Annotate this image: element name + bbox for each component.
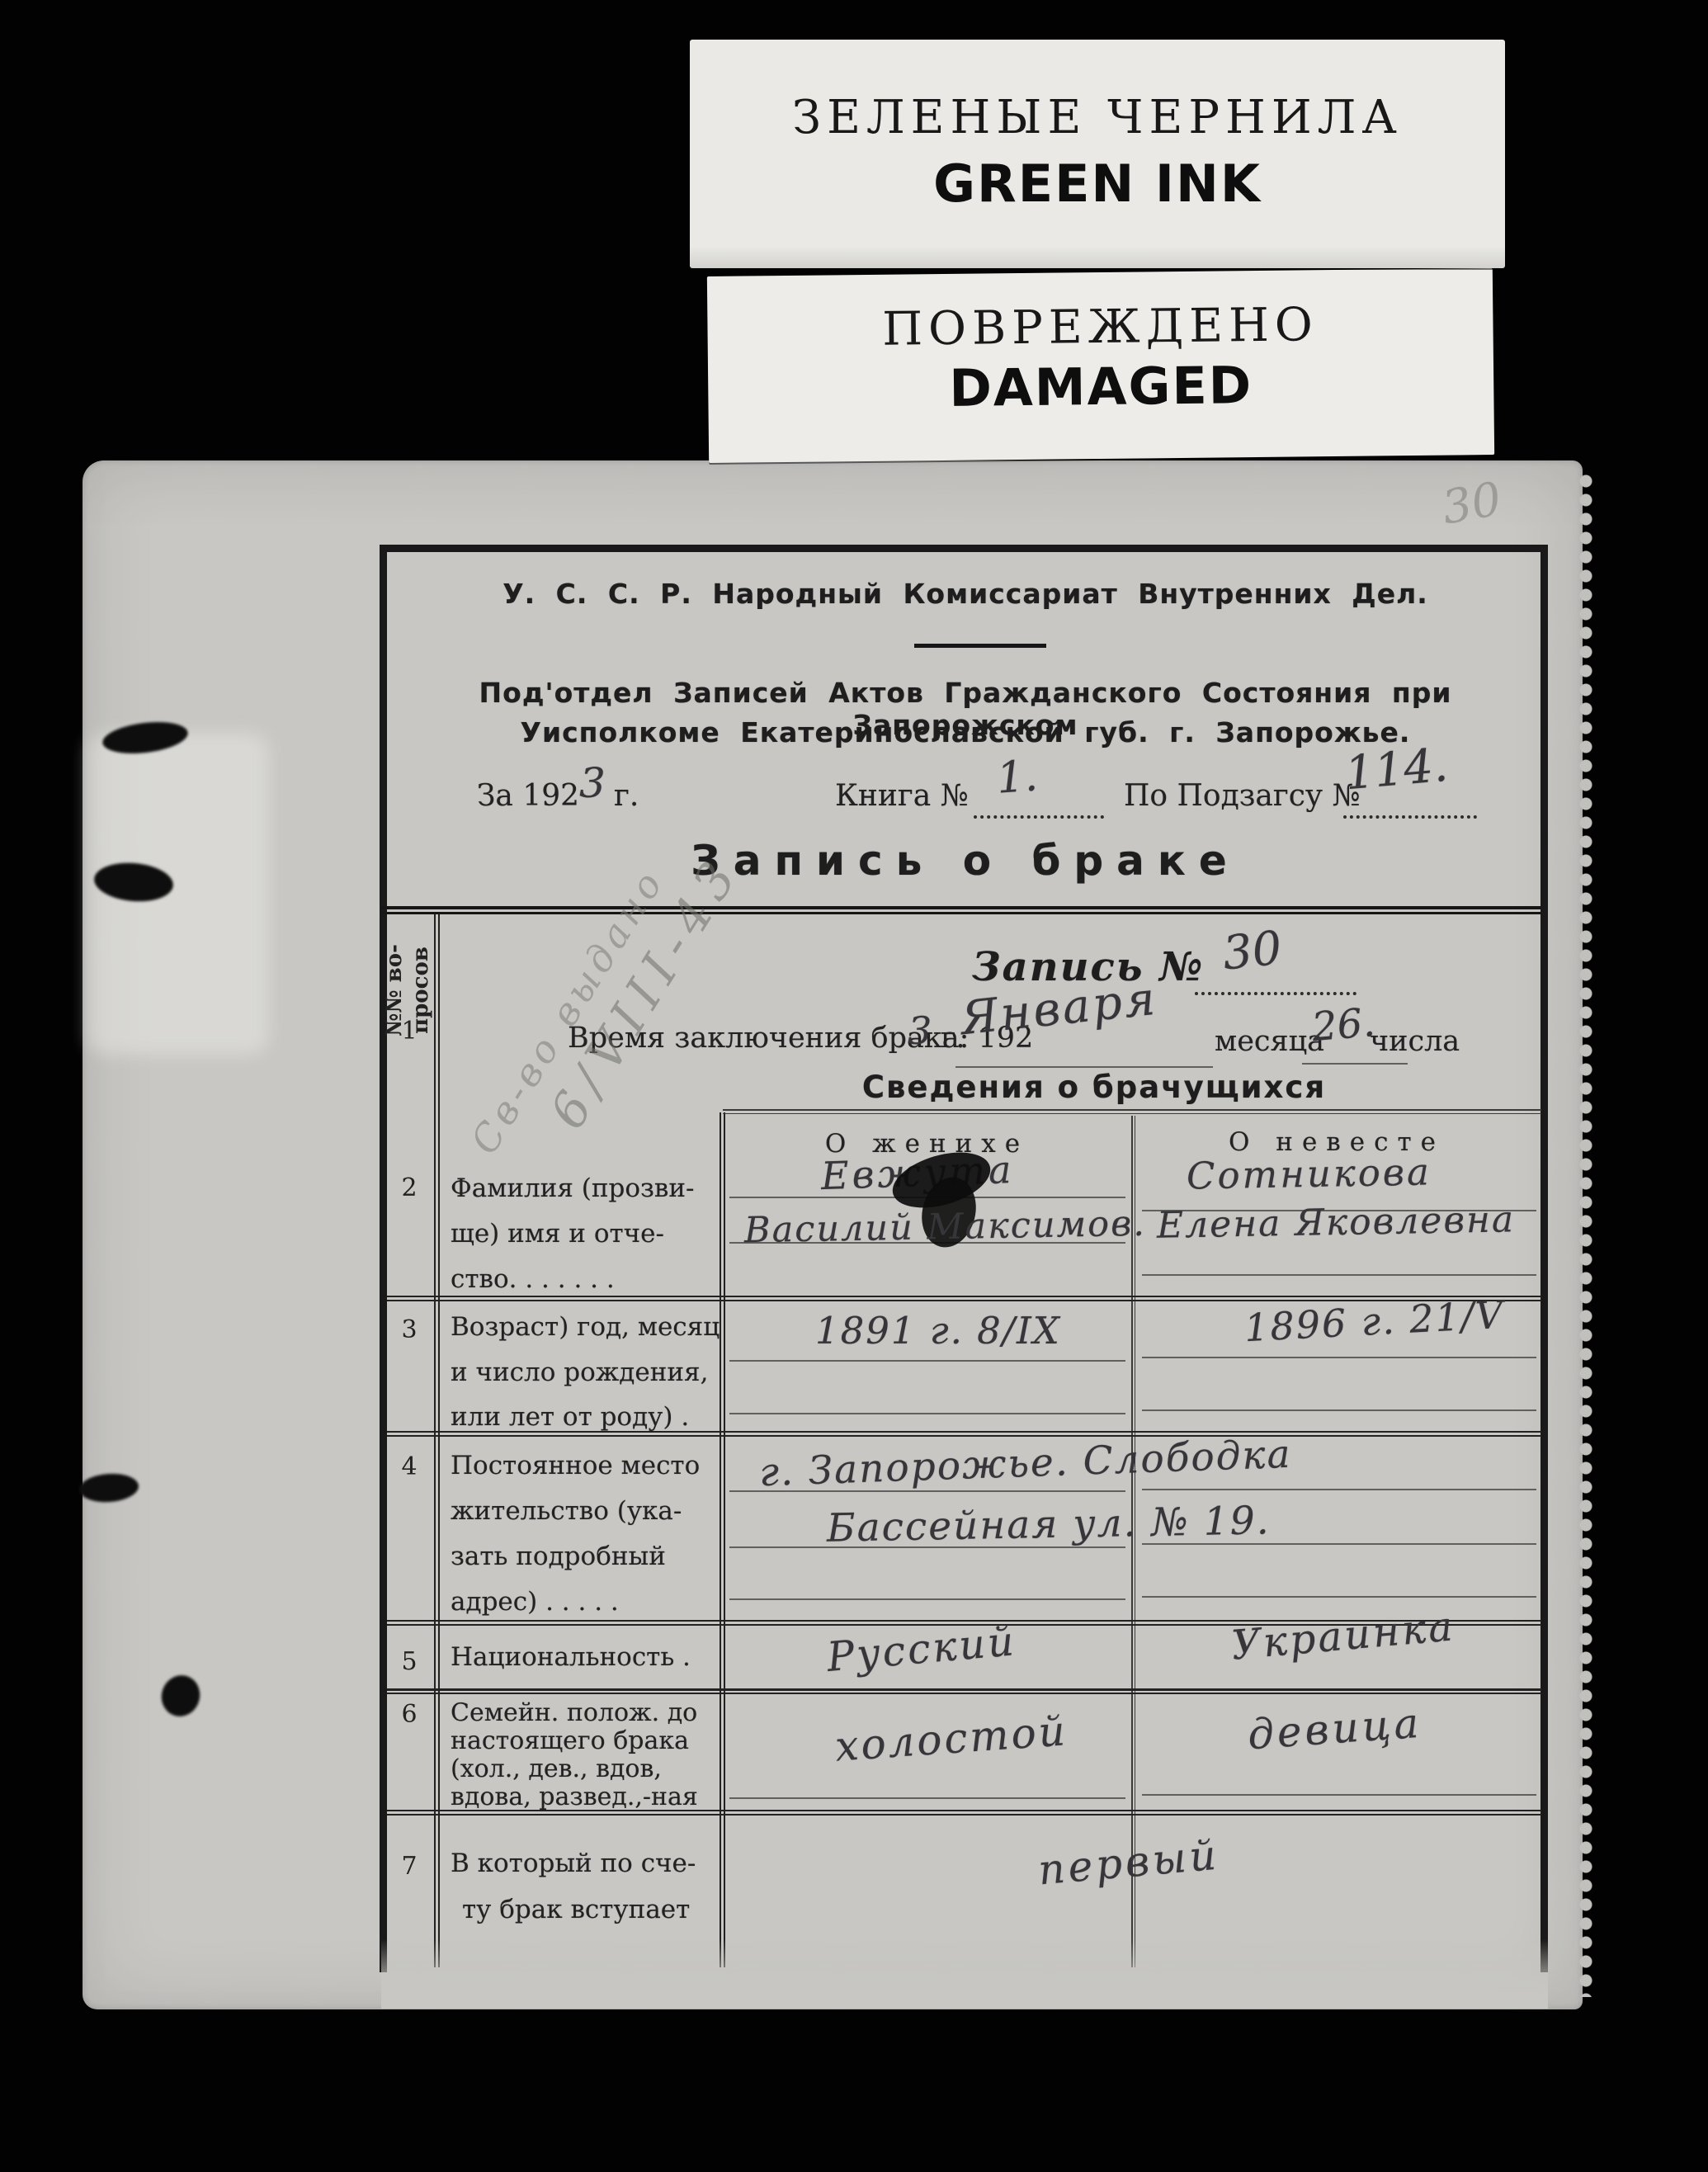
register-label: По Подзагсу № xyxy=(1124,779,1361,813)
question-number: 1 xyxy=(388,1017,431,1046)
groom-birth-date: 1891 г. 8/IX xyxy=(815,1309,1061,1353)
record-no-value: 30 xyxy=(1220,921,1285,980)
q1-month-label: месяца xyxy=(1215,1025,1324,1058)
scanned-document: 30 У. С. С. Р. Народный Комиссариат Внут… xyxy=(0,0,1708,2172)
bride-surname: Сотникова xyxy=(1187,1150,1432,1197)
question-number: 3 xyxy=(388,1315,431,1344)
document-title: Запись о браке xyxy=(389,837,1541,885)
writing-line xyxy=(1142,1357,1536,1358)
writing-line xyxy=(729,1598,1125,1600)
writing-line xyxy=(1142,1274,1536,1276)
q3-label-line: Возраст) год, месяц xyxy=(451,1312,720,1342)
q4-label-line: Постоянное место xyxy=(451,1451,700,1480)
q1-month-line xyxy=(955,1066,1213,1068)
writing-line xyxy=(1142,1794,1536,1796)
book-dotted-line xyxy=(974,812,1104,819)
header-rule xyxy=(914,644,1046,648)
green-ink-label-ru: ЗЕЛЕНЫЕ ЧЕРНИЛА xyxy=(690,91,1505,144)
register-value: 114. xyxy=(1342,739,1450,801)
q1-year-written: 3 xyxy=(908,1008,932,1053)
green-ink-label-en: GREEN INK xyxy=(690,153,1505,214)
label-column-line xyxy=(720,1112,725,1967)
question-number: 4 xyxy=(388,1452,431,1481)
dept-header-line2: Уисполкоме Екатеринославской губ. г. Зап… xyxy=(389,716,1541,748)
section-divider xyxy=(381,906,1541,914)
question-number: 6 xyxy=(388,1700,431,1729)
book-label: Книга № xyxy=(835,779,969,813)
q3-label-line: и число рождения, xyxy=(451,1357,708,1387)
q1-day-written: 26. xyxy=(1310,999,1377,1051)
q4-label-line: зать подробный xyxy=(451,1542,666,1571)
q4-label-line: жительство (ука- xyxy=(451,1496,682,1526)
slip-fold-shadow xyxy=(690,246,1505,268)
bottom-fade xyxy=(381,1939,1548,2009)
damaged-slip: ПОВРЕЖДЕНО DAMAGED xyxy=(707,268,1494,463)
green-ink-slip: ЗЕЛЕНЫЕ ЧЕРНИЛА GREEN INK xyxy=(690,40,1505,268)
section-title: Сведения о брачущихся xyxy=(723,1069,1465,1105)
row-divider xyxy=(387,1431,1541,1437)
q5-label-line: Национальность . xyxy=(451,1642,691,1672)
q2-label-line: ство. . . . . . . xyxy=(451,1264,615,1294)
q6-label-line: настоящего брака xyxy=(451,1726,689,1755)
writing-line xyxy=(1142,1409,1536,1411)
q3-label-line: или лет от роду) . xyxy=(451,1402,689,1432)
org-header: У. С. С. Р. Народный Комиссариат Внутрен… xyxy=(389,578,1541,610)
writing-line xyxy=(729,1797,1125,1799)
damaged-label-en: DAMAGED xyxy=(708,352,1494,421)
question-number: 5 xyxy=(388,1647,431,1676)
q7-label-line: ту брак вступает xyxy=(462,1895,690,1924)
groom-given-names: Василий Максимов. xyxy=(744,1203,1147,1251)
bride-given-names: Елена Яковлевна xyxy=(1157,1198,1516,1247)
values-top-line xyxy=(723,1109,1541,1114)
register-dotted-line xyxy=(1343,812,1477,819)
residence-line2: Бассейная ул. № 19. xyxy=(827,1498,1271,1551)
writing-line xyxy=(729,1360,1125,1362)
row-divider xyxy=(387,1688,1541,1694)
writing-line xyxy=(1142,1489,1536,1490)
q6-label-line: (хол., дев., вдов, xyxy=(451,1754,662,1783)
q6-label-line: Семейн. полож. до xyxy=(451,1698,697,1727)
year-suffix: г. xyxy=(614,779,639,813)
q1-day-line xyxy=(1302,1063,1408,1065)
pencil-page-number: 30 xyxy=(1438,472,1505,535)
writing-line xyxy=(1142,1596,1536,1598)
q7-label-line: В который по сче- xyxy=(451,1849,696,1878)
perforated-edge xyxy=(1574,472,1602,1997)
q1-day-label: числа xyxy=(1370,1025,1460,1058)
year-written: 3 xyxy=(579,759,606,807)
question-number: 7 xyxy=(388,1852,431,1881)
year-prefix: За 192 xyxy=(477,779,579,813)
q4-label-line: адрес) . . . . . xyxy=(451,1587,619,1617)
writing-line xyxy=(729,1413,1125,1414)
book-value: 1. xyxy=(995,751,1040,803)
record-no-dotted-line xyxy=(1195,989,1356,995)
damaged-label-ru: ПОВРЕЖДЕНО xyxy=(707,296,1493,358)
q6-label-line: вдова, развед.,-ная xyxy=(451,1782,698,1811)
